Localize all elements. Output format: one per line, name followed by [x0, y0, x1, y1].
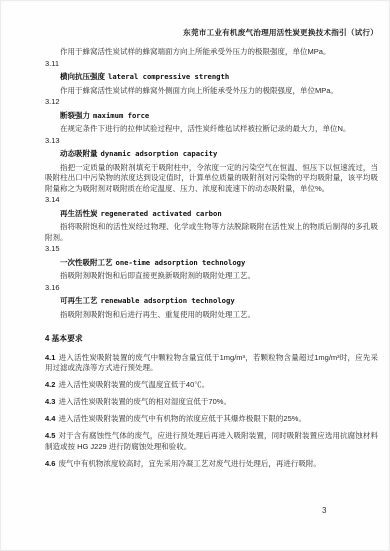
term-en: lateral compressive strength: [108, 72, 229, 81]
term-heading: 动态吸附量dynamic adsorption capacity: [45, 149, 378, 160]
definition-paragraph: 指将吸附饱和的活性炭经过物理、化学或生物等方法脱除吸附在活性炭上的物质后制得的多…: [45, 222, 378, 243]
requirement-number: 4.6: [45, 459, 55, 468]
requirement-text: 进入活性炭吸附装置的废气的相对湿度宜低于70%。: [58, 397, 231, 406]
term-number: 3.11: [45, 59, 378, 70]
term-heading: 横向抗压强度lateral compressive strength: [45, 72, 378, 83]
term-en: renewable adsorption technology: [101, 296, 235, 305]
definition-paragraph: 作用于蜂窝活性炭试样的蜂窝外侧面方向上所能承受外压力的极限强度，单位MPa。: [45, 86, 378, 97]
definition-paragraph: 作用于蜂窝活性炭试样的蜂窝端面方向上所能承受外压力的极限强度，单位MPa。: [45, 47, 378, 58]
requirement-item: 4.3进入活性炭吸附装置的废气的相对湿度宜低于70%。: [45, 397, 378, 408]
term-cn: 再生活性炭: [60, 209, 98, 218]
requirement-text: 废气中有机物浓度较高时，宜先采用冷凝工艺对废气进行处理后，再进行吸附。: [58, 459, 321, 468]
term-cn: 横向抗压强度: [60, 72, 105, 81]
document-body: 作用于蜂窝活性炭试样的蜂窝端面方向上所能承受外压力的极限强度，单位MPa。 3.…: [45, 47, 378, 476]
requirement-text: 对于含有腐蚀性气体的废气，应进行预处理后再进入吸附装置，同时吸附装置应选用抗腐蚀…: [45, 431, 378, 451]
definition-paragraph: 指吸附剂吸附饱和后进行再生、重复使用的吸附处理工艺。: [45, 310, 378, 321]
requirement-item: 4.4进入活性炭吸附装置的废气中有机物的浓度应低于其爆炸极限下限的25%。: [45, 414, 378, 425]
requirement-number: 4.5: [45, 431, 55, 440]
term-heading: 断裂强力maximum force: [45, 111, 378, 122]
term-cn: 一次性吸附工艺: [60, 258, 113, 267]
term-number: 3.14: [45, 195, 378, 206]
requirement-text: 进入活性炭吸附装置的废气温度宜低于40℃。: [58, 380, 209, 389]
term-en: maximum force: [93, 111, 149, 120]
requirement-number: 4.3: [45, 397, 55, 406]
term-heading: 再生活性炭regenerated activated carbon: [45, 209, 378, 220]
term-number: 3.15: [45, 244, 378, 255]
document-page: 东莞市工业有机废气治理用活性炭更换技术指引（试行） 作用于蜂窝活性炭试样的蜂窝端…: [0, 0, 390, 551]
term-heading: 一次性吸附工艺one-time adsorption technology: [45, 258, 378, 269]
term-cn: 断裂强力: [60, 111, 90, 120]
term-cn: 动态吸附量: [60, 149, 98, 158]
term-number: 3.13: [45, 136, 378, 147]
definition-paragraph: 在规定条件下进行的拉伸试验过程中，活性炭纤维毡试样被拉断记录的最大力，单位N。: [45, 124, 378, 135]
definition-paragraph: 指把一定质量的吸附剂填充于吸附柱中，令浓度一定的污染空气在恒温、恒压下以恒速流过…: [45, 163, 378, 195]
document-header-title: 东莞市工业有机废气治理用活性炭更换技术指引（试行）: [183, 27, 378, 38]
requirement-item: 4.1进入活性炭吸附装置的废气中颗粒物含量宜低于1mg/m³，若颗粒物含量超过1…: [45, 353, 378, 374]
term-number: 3.16: [45, 283, 378, 294]
requirement-text: 进入活性炭吸附装置的废气中颗粒物含量宜低于1mg/m³，若颗粒物含量超过1mg/…: [45, 353, 378, 373]
requirement-item: 4.6废气中有机物浓度较高时，宜先采用冷凝工艺对废气进行处理后，再进行吸附。: [45, 459, 378, 470]
term-en: dynamic adsorption capacity: [101, 149, 218, 158]
term-en: regenerated activated carbon: [101, 209, 222, 218]
requirement-item: 4.5对于含有腐蚀性气体的废气，应进行预处理后再进入吸附装置，同时吸附装置应选用…: [45, 431, 378, 452]
requirement-item: 4.2进入活性炭吸附装置的废气温度宜低于40℃。: [45, 380, 378, 391]
term-en: one-time adsorption technology: [116, 258, 246, 267]
page-number: 3: [322, 506, 326, 515]
section-heading: 4 基本要求: [45, 334, 378, 345]
requirement-number: 4.1: [45, 353, 55, 362]
requirement-number: 4.2: [45, 380, 55, 389]
requirement-text: 进入活性炭吸附装置的废气中有机物的浓度应低于其爆炸极限下限的25%。: [58, 414, 306, 423]
requirement-number: 4.4: [45, 414, 55, 423]
term-cn: 可再生工艺: [60, 296, 98, 305]
term-heading: 可再生工艺renewable adsorption technology: [45, 296, 378, 307]
definition-paragraph: 指吸附剂吸附饱和后即直接更换新吸附剂的吸附处理工艺。: [45, 271, 378, 282]
term-number: 3.12: [45, 97, 378, 108]
